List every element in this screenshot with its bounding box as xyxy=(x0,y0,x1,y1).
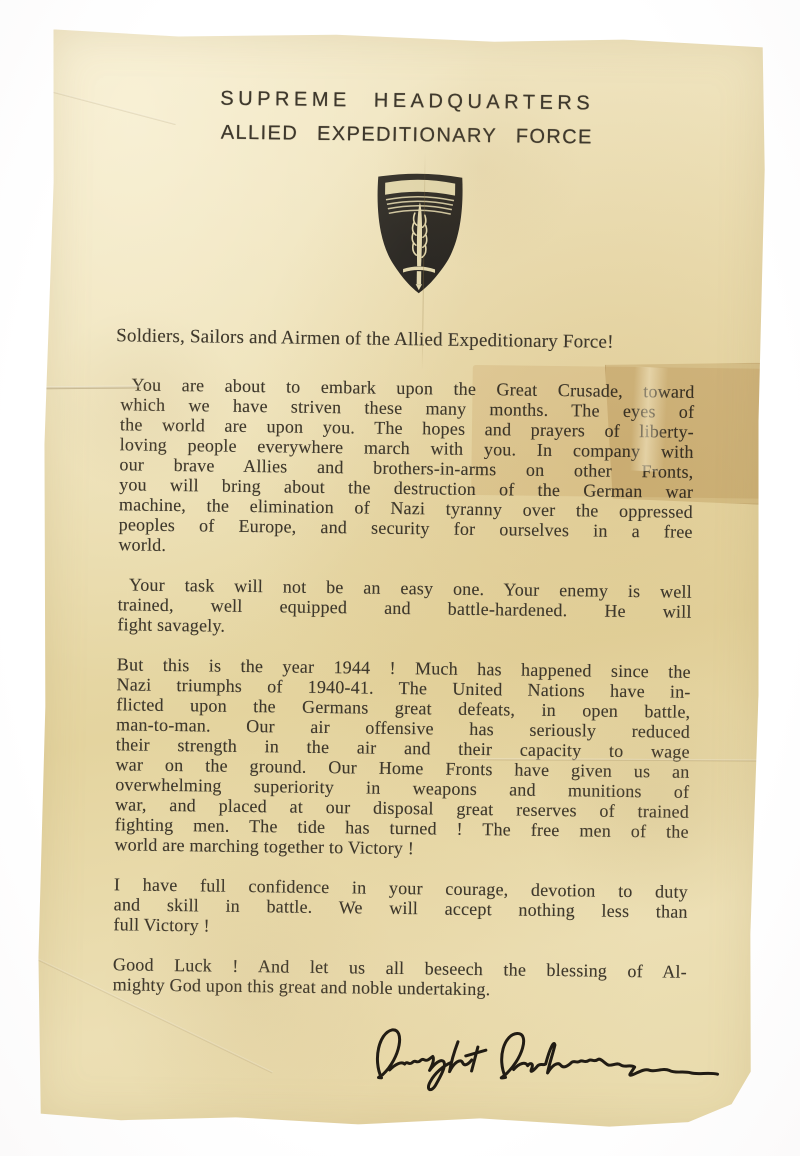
paragraph: Good Luck ! And let us all beseech the b… xyxy=(113,954,687,1002)
letterhead-line-2: ALLIED EXPEDITIONARY FORCE xyxy=(105,114,709,156)
paragraph: But this is the year 1944 ! Much has hap… xyxy=(114,654,691,861)
leaflet-paper: SUPREME HEADQUARTERS ALLIED EXPEDITIONAR… xyxy=(35,29,767,1130)
paragraph: Your task will not be an easy one. Your … xyxy=(117,574,692,642)
letterhead: SUPREME HEADQUARTERS ALLIED EXPEDITIONAR… xyxy=(105,80,710,156)
salutation: Soldiers, Sailors and Airmen of the Alli… xyxy=(116,326,695,354)
tape-repair-stain xyxy=(603,361,765,505)
photo-of-document: SUPREME HEADQUARTERS ALLIED EXPEDITIONAR… xyxy=(0,0,800,1156)
tape-shine xyxy=(630,366,669,472)
paragraph: I have full confidence in your courage, … xyxy=(113,874,688,942)
shaef-shield-emblem xyxy=(371,169,469,296)
eisenhower-signature xyxy=(353,1017,728,1106)
